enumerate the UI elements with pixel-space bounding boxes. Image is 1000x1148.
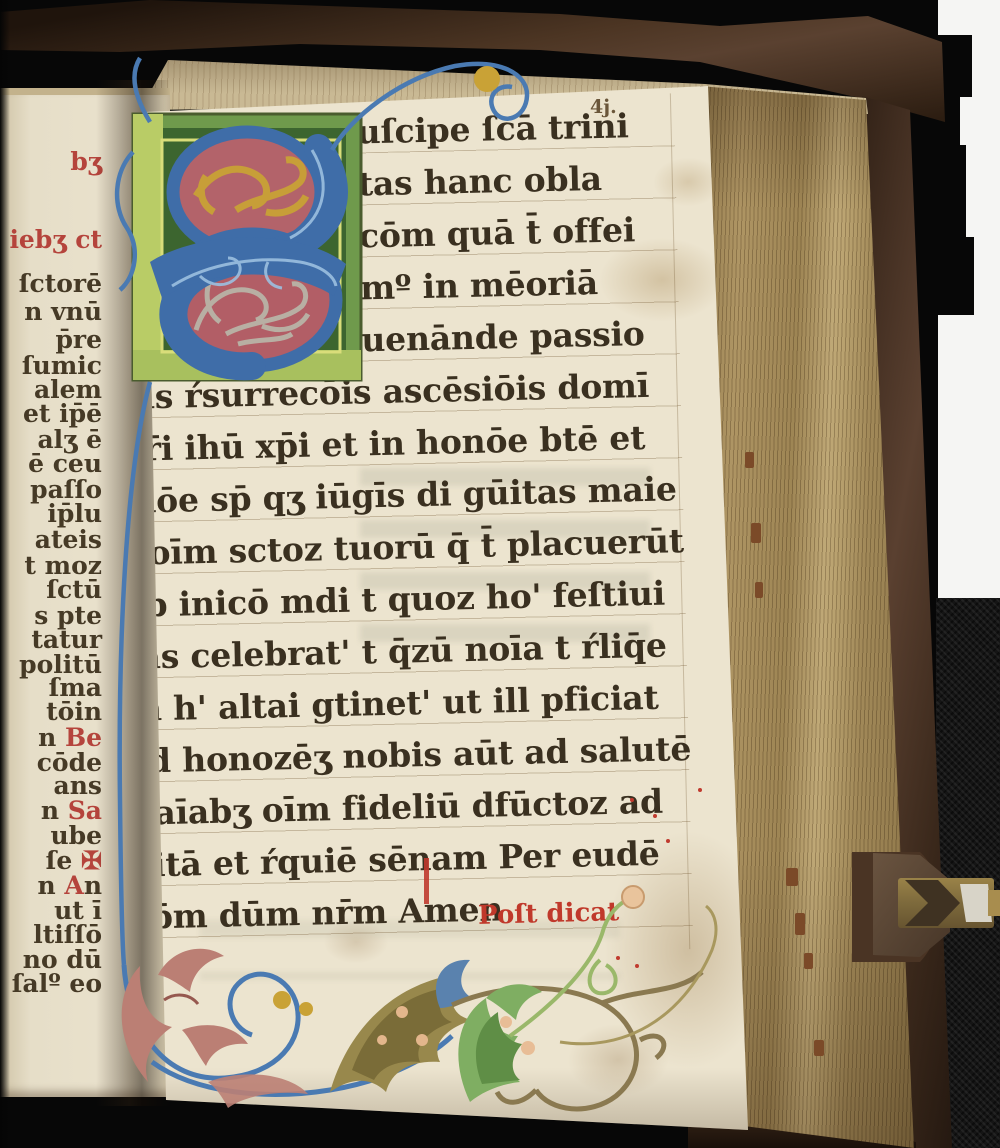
facing-page-line-fragment: tōin [0,697,102,726]
facing-page-line-fragment: et ip̄ē [0,399,102,428]
facing-page-line-fragment: p̄re [0,325,102,354]
rubric-post-dicat: Poſt dicat [478,897,620,931]
facing-page-line-fragment: ip̄lu [0,499,102,528]
photo-edge [0,0,10,1148]
facing-page-line-fragment: n vnū [0,297,102,326]
manuscript-text-line: cōm quā t̄ offei [359,210,636,255]
red-ink-text: iebʒ ct [9,225,102,254]
facing-page-line-fragment: ateis [0,525,102,554]
manuscript-text-line: tas hanc obla [357,159,602,204]
manuscript-text-line: uſcipe ſcā trini [356,106,629,151]
facing-page-line-fragment: ſctū [0,575,102,604]
manuscript-text-line: uenānde passio [361,314,645,359]
facing-page-line-fragment: ſalº eo [0,969,102,998]
backdrop-shadow-step [938,145,966,237]
backdrop-shadow-step [938,237,974,315]
manuscript-photo: bʒiebʒ ctſctorēn vnūp̄reſumicalemet ip̄ē… [0,0,1000,1148]
facing-page-line-fragment: bʒ [0,147,102,176]
facing-page-line-fragment: ē ceu [0,449,102,478]
manuscript-text-line: mº in mēoriā [360,263,599,307]
facing-page-line-fragment: iebʒ ct [0,225,102,254]
facing-page-line-fragment: ſctorē [0,269,102,298]
text-block: uſcipe ſcā trinitas hanc oblacōm quā t̄ … [112,93,710,1006]
